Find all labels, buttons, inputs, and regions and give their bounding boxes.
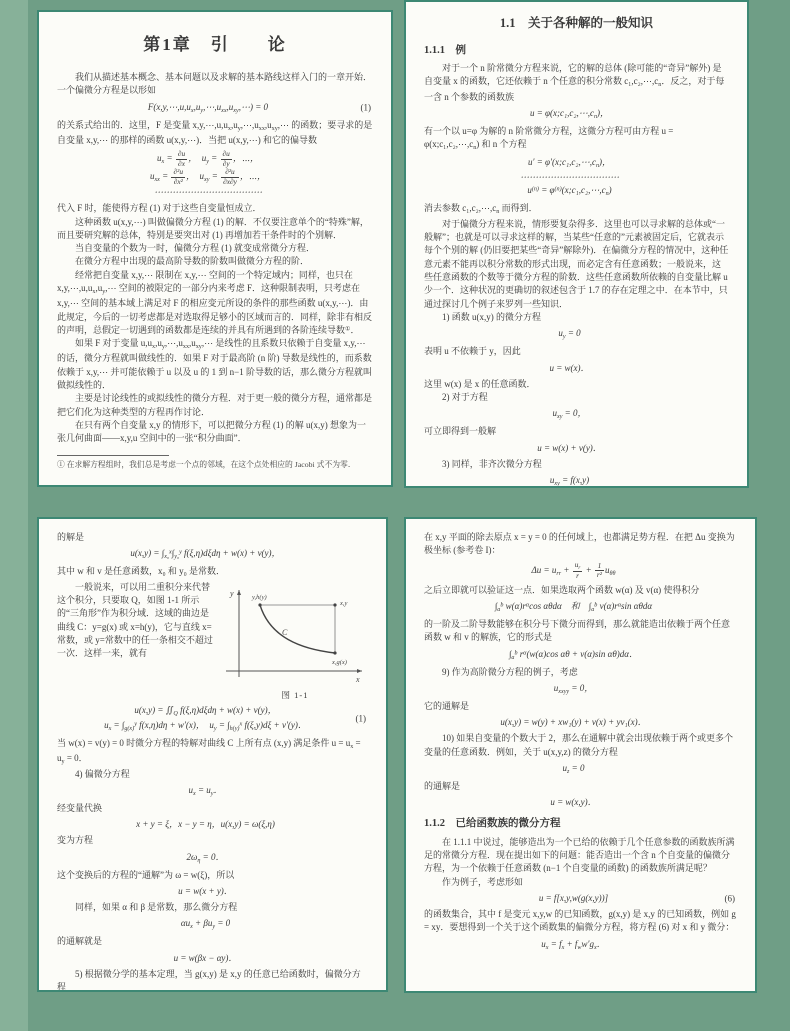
paragraph: 的关系式给出的．这里，F 是变量 x,y,⋯,u,ux,uy,⋯,uxx,uxy…: [57, 119, 373, 148]
formula: F(x,y,⋯,u,ux,uy,⋯,uxx,uxy,⋯) = 0(1): [57, 101, 359, 116]
paragraph: 当自变量的个数为一时，偏微分方程 (1) 就变成常微分方程．: [57, 242, 373, 255]
figure-point-label-top-left: y,h(y): [251, 594, 267, 601]
formula: 2ωη = 0．: [57, 851, 354, 866]
background-left-strip: [0, 0, 28, 1031]
formula: u′ = φ′(x;c₁,c₂,⋯,cn)，⋯⋯⋯⋯⋯⋯⋯⋯⋯⋯⋯u(n) = …: [424, 156, 715, 199]
formula-content: u = w(x)．: [549, 363, 589, 373]
formula: uxxyy = 0，: [424, 682, 723, 697]
formula-content: u = f[x,y,w(g(x,y))]: [539, 893, 608, 903]
section-title: 1.1 关于各种解的一般知识: [424, 14, 729, 33]
formula-content: ux = fx + fww′gx．: [541, 939, 605, 949]
formula: uy = 0: [424, 327, 715, 342]
formula-content: uz = 0: [563, 763, 585, 773]
formula-content: ux = uy．: [188, 785, 222, 795]
paragraph: 当 w(x) = v(y) = 0 时微分方程的特解对曲线 C 上所有点 (x,…: [57, 737, 368, 767]
formula: x + y = ξ，x − y = η，u(x,y) = ω(ξ,η): [57, 818, 354, 831]
formula-content: u(x,y) = w(y) + xw₁(y) + v(x) + yv₁(x)．: [500, 717, 646, 727]
equation-number: (1): [361, 102, 372, 115]
paragraph: 3) 同样，非齐次微分方程: [424, 458, 729, 471]
formula-content: uxxyy = 0，: [554, 683, 593, 693]
formula: uz = 0: [424, 762, 723, 777]
paragraph: 表明 u 不依赖于 y，因此: [424, 345, 729, 358]
formula-content: u(x,y) = ∫x₀x∫y₀y f(ξ,η)dξdη + w(x) + v(…: [130, 548, 280, 558]
formula: u = w(x) + v(y)．: [424, 442, 715, 455]
paragraph: 消去参数 c₁,c₂,⋯,cn 而得到．: [424, 202, 729, 217]
figure-point-label-bottom: x,g(x): [331, 659, 347, 666]
footnote: ① 在求解方程组时，我们总是考虑一个点的邻域，在这个点处相应的 Jacobi 式…: [57, 455, 373, 471]
paragraph: 一般说来，可以用二重积分来代替这个积分，只要取 Q，如图 1-1 所示的“三角形…: [57, 581, 216, 661]
formula: Δu = urr + urr + 1r²uθθ: [424, 561, 723, 581]
paragraph: 2) 对于方程: [424, 391, 729, 404]
figure-1-1-diagram: y x C y,h(y) x,y x,g(x): [222, 585, 368, 687]
paragraph: 1) 函数 u(x,y) 的微分方程: [424, 311, 729, 324]
paragraph: 的函数集合，其中 f 是变元 x,y,w 的已知函数，g(x,y) 是 x,y …: [424, 908, 737, 935]
paragraph: 9) 作为高阶微分方程的例子，考虑: [424, 666, 737, 679]
paragraph: 的解是: [57, 531, 368, 544]
paragraph: 这个变换后的方程的“通解”为 ω = w(ξ)，所以: [57, 869, 368, 882]
formula: u(x,y) = w(y) + xw₁(y) + v(x) + yv₁(x)．: [424, 716, 723, 729]
formula-content: ∫ab w(α)rαcos αθdα 和 ∫ab v(α)rαsin αθdα: [495, 601, 652, 611]
formula-content: ∫ab rα(w(α)cos αθ + v(α)sin αθ)dα．: [509, 649, 638, 659]
figure-row: 一般说来，可以用二重积分来代替这个积分，只要取 Q，如图 1-1 所示的“三角形…: [57, 581, 368, 702]
subsection-title: 1.1.1 例: [424, 43, 729, 59]
scanned-book-spread: { "canvas": { "background_color": "#6f9e…: [0, 0, 790, 1031]
formula-content: Δu = urr + urr + 1r²uθθ: [531, 565, 615, 575]
paragraph: 其中 w 和 v 是任意函数，x₀ 和 y₀ 是常数．: [57, 565, 368, 578]
formula: u = φ(x;c₁,c₂,⋯,cn)，: [424, 107, 715, 122]
paragraph: 变为方程: [57, 834, 368, 847]
equation-number: (6): [725, 892, 736, 905]
paragraph: 可立即得到一般解: [424, 425, 729, 438]
chapter-title: 第1章 引 论: [57, 32, 373, 57]
formula: ∫ab rα(w(α)cos αθ + v(α)sin αθ)dα．: [424, 648, 723, 663]
formula-content: uxy = f(x,y): [550, 475, 589, 485]
paragraph: 作为例子，考虑形如: [424, 876, 737, 889]
formula: u(x,y) = ∬Q f(ξ,η)dξdη + w(x) + v(y)，ux …: [57, 704, 354, 734]
formula-content: u = w(x) + v(y)．: [537, 443, 602, 453]
paragraph: 的通解就是: [57, 935, 368, 948]
formula: u(x,y) = ∫x₀x∫y₀y f(ξ,η)dξdη + w(x) + v(…: [57, 547, 354, 562]
formula: ux = uy．: [57, 784, 354, 799]
page-top-right: 1.1 关于各种解的一般知识1.1.1 例对于一个 n 阶常微分方程来说，它的解…: [404, 0, 749, 488]
formula: uxy = 0，: [424, 407, 715, 422]
paragraph: 在只有两个自变量 x,y 的情形下，可以把微分方程 (1) 的解 u(x,y) …: [57, 419, 373, 446]
paragraph: 经变量代换: [57, 802, 368, 815]
paragraph: 主要是讨论线性的或拟线性的微分方程．对于更一般的微分方程，通常都是把它们化为这种…: [57, 392, 373, 419]
paragraph: 在微分方程中出现的最高阶导数的阶数叫做微分方程的阶．: [57, 255, 373, 268]
paragraph: 如果 F 对于变量 u,ux,uy,⋯,uxx,uxy,⋯ 是线性的且系数只依赖…: [57, 337, 373, 392]
figure-y-axis-label: y: [229, 589, 234, 598]
formula-content: 2ωη = 0．: [187, 852, 225, 862]
formula-content: uy = 0: [558, 328, 580, 338]
formula: u = f[x,y,w(g(x,y))](6): [424, 892, 723, 905]
page-top-left: 第1章 引 论我们从描述基本概念、基本问题以及求解的基本路线这样入门的一章开始．…: [37, 10, 393, 487]
formula-content: u(x,y) = ∬Q f(ξ,η)dξdη + w(x) + v(y)，ux …: [104, 705, 307, 730]
paragraph: 对于一个 n 阶常微分方程来说，它的解的总体 (除可能的“奇异”解外) 是自变量…: [424, 62, 729, 104]
paragraph: 同样，如果 α 和 β 是常数，那么微分方程: [57, 901, 368, 914]
paragraph: 我们从描述基本概念、基本问题以及求解的基本路线这样入门的一章开始．一个偏微分方程…: [57, 71, 373, 98]
paragraph: 的一阶及二阶导数能够在积分号下微分而得到，那么就能造出依赖于两个任意函数 w 和…: [424, 618, 737, 645]
formula-content: u′ = φ′(x;c₁,c₂,⋯,cn)，⋯⋯⋯⋯⋯⋯⋯⋯⋯⋯⋯u(n) = …: [520, 157, 619, 195]
figure-point-label-corner: x,y: [339, 600, 348, 607]
formula: u = w(x,y)．: [424, 796, 723, 809]
formula: ux = ∂u∂x， uy = ∂u∂y，⋯，uxx = ∂²u∂x²， uxy…: [57, 150, 359, 199]
formula: αux + βuy = 0: [57, 917, 354, 932]
formula-content: u = w(x,y)．: [550, 797, 596, 807]
paragraph: 之后立即就可以验证这一点．如果选取两个函数 w(α) 及 v(α) 使得积分: [424, 584, 737, 597]
formula: ∫ab w(α)rαcos αθdα 和 ∫ab v(α)rαsin αθdα: [424, 600, 723, 615]
formula-content: uxy = 0，: [552, 408, 586, 418]
formula-content: αux + βuy = 0: [181, 918, 230, 928]
formula-content: u = w(x + y)．: [178, 886, 233, 896]
page-bottom-right: 在 x,y 平面的除去原点 x = y = 0 的任何域上，也都满足势方程．在把…: [404, 517, 757, 993]
formula: uxy = f(x,y): [424, 474, 715, 488]
paragraph: 经常把自变量 x,y,⋯ 限制在 x,y,⋯ 空间的一个特定域内；同样，也只在 …: [57, 269, 373, 337]
figure-1-1: y x C y,h(y) x,y x,g(x) 图 1-1: [222, 581, 368, 702]
paragraph: 4) 偏微分方程: [57, 768, 368, 781]
paragraph: 这种函数 u(x,y,⋯) 叫做偏微分方程 (1) 的解．不仅要注意单个的“特殊…: [57, 216, 373, 243]
formula: u = w(x)．: [424, 362, 715, 375]
figure-caption: 图 1-1: [222, 689, 368, 702]
formula: ux = fx + fww′gx．: [424, 938, 723, 953]
page-bottom-left: 的解是u(x,y) = ∫x₀x∫y₀y f(ξ,η)dξdη + w(x) +…: [37, 517, 388, 992]
figure-curve-label: C: [282, 628, 288, 637]
subsection-title: 1.1.2 已给函数族的微分方程: [424, 816, 737, 832]
paragraph: 有一个以 u=φ 为解的 n 阶常微分方程，这微分方程可由方程 u = φ(x;…: [424, 125, 729, 154]
figure-x-axis-label: x: [355, 675, 360, 684]
paragraph: 在 1.1.1 中说过，能够造出为一个已给的依赖于几个任意参数的函数族所满足的常…: [424, 836, 737, 876]
paragraph: 10) 如果自变量的个数大于 2，那么在通解中就会出现依赖于两个或更多个变量的任…: [424, 732, 737, 759]
formula-content: F(x,y,⋯,u,ux,uy,⋯,uxx,uxy,⋯) = 0: [148, 102, 268, 112]
formula: u = w(βx − αy)．: [57, 952, 354, 965]
paragraph: 这里 w(x) 是 x 的任意函数．: [424, 378, 729, 391]
paragraph: 在 x,y 平面的除去原点 x = y = 0 的任何域上，也都满足势方程．在把…: [424, 531, 737, 558]
paragraph: 它的通解是: [424, 700, 737, 713]
formula-content: x + y = ξ，x − y = η，u(x,y) = ω(ξ,η): [136, 819, 275, 829]
paragraph: 的通解是: [424, 780, 737, 793]
formula-content: u = φ(x;c₁,c₂,⋯,cn)，: [530, 108, 609, 118]
formula: u = w(x + y)．: [57, 885, 354, 898]
paragraph: 对于偏微分方程来说，情形要复杂得多．这里也可以寻求解的总体或“一般解”；也就是可…: [424, 218, 729, 311]
formula-content: ux = ∂u∂x， uy = ∂u∂y，⋯，uxx = ∂²u∂x²， uxy…: [150, 153, 266, 197]
paragraph: 代入 F 时，能使得方程 (1) 对于这些自变量恒成立．: [57, 202, 373, 215]
paragraph: 5) 根据微分学的基本定理，当 g(x,y) 是 x,y 的任意已给函数时，偏微…: [57, 968, 368, 992]
formula-content: u = w(βx − αy)．: [174, 953, 238, 963]
equation-number: (1): [356, 713, 367, 726]
